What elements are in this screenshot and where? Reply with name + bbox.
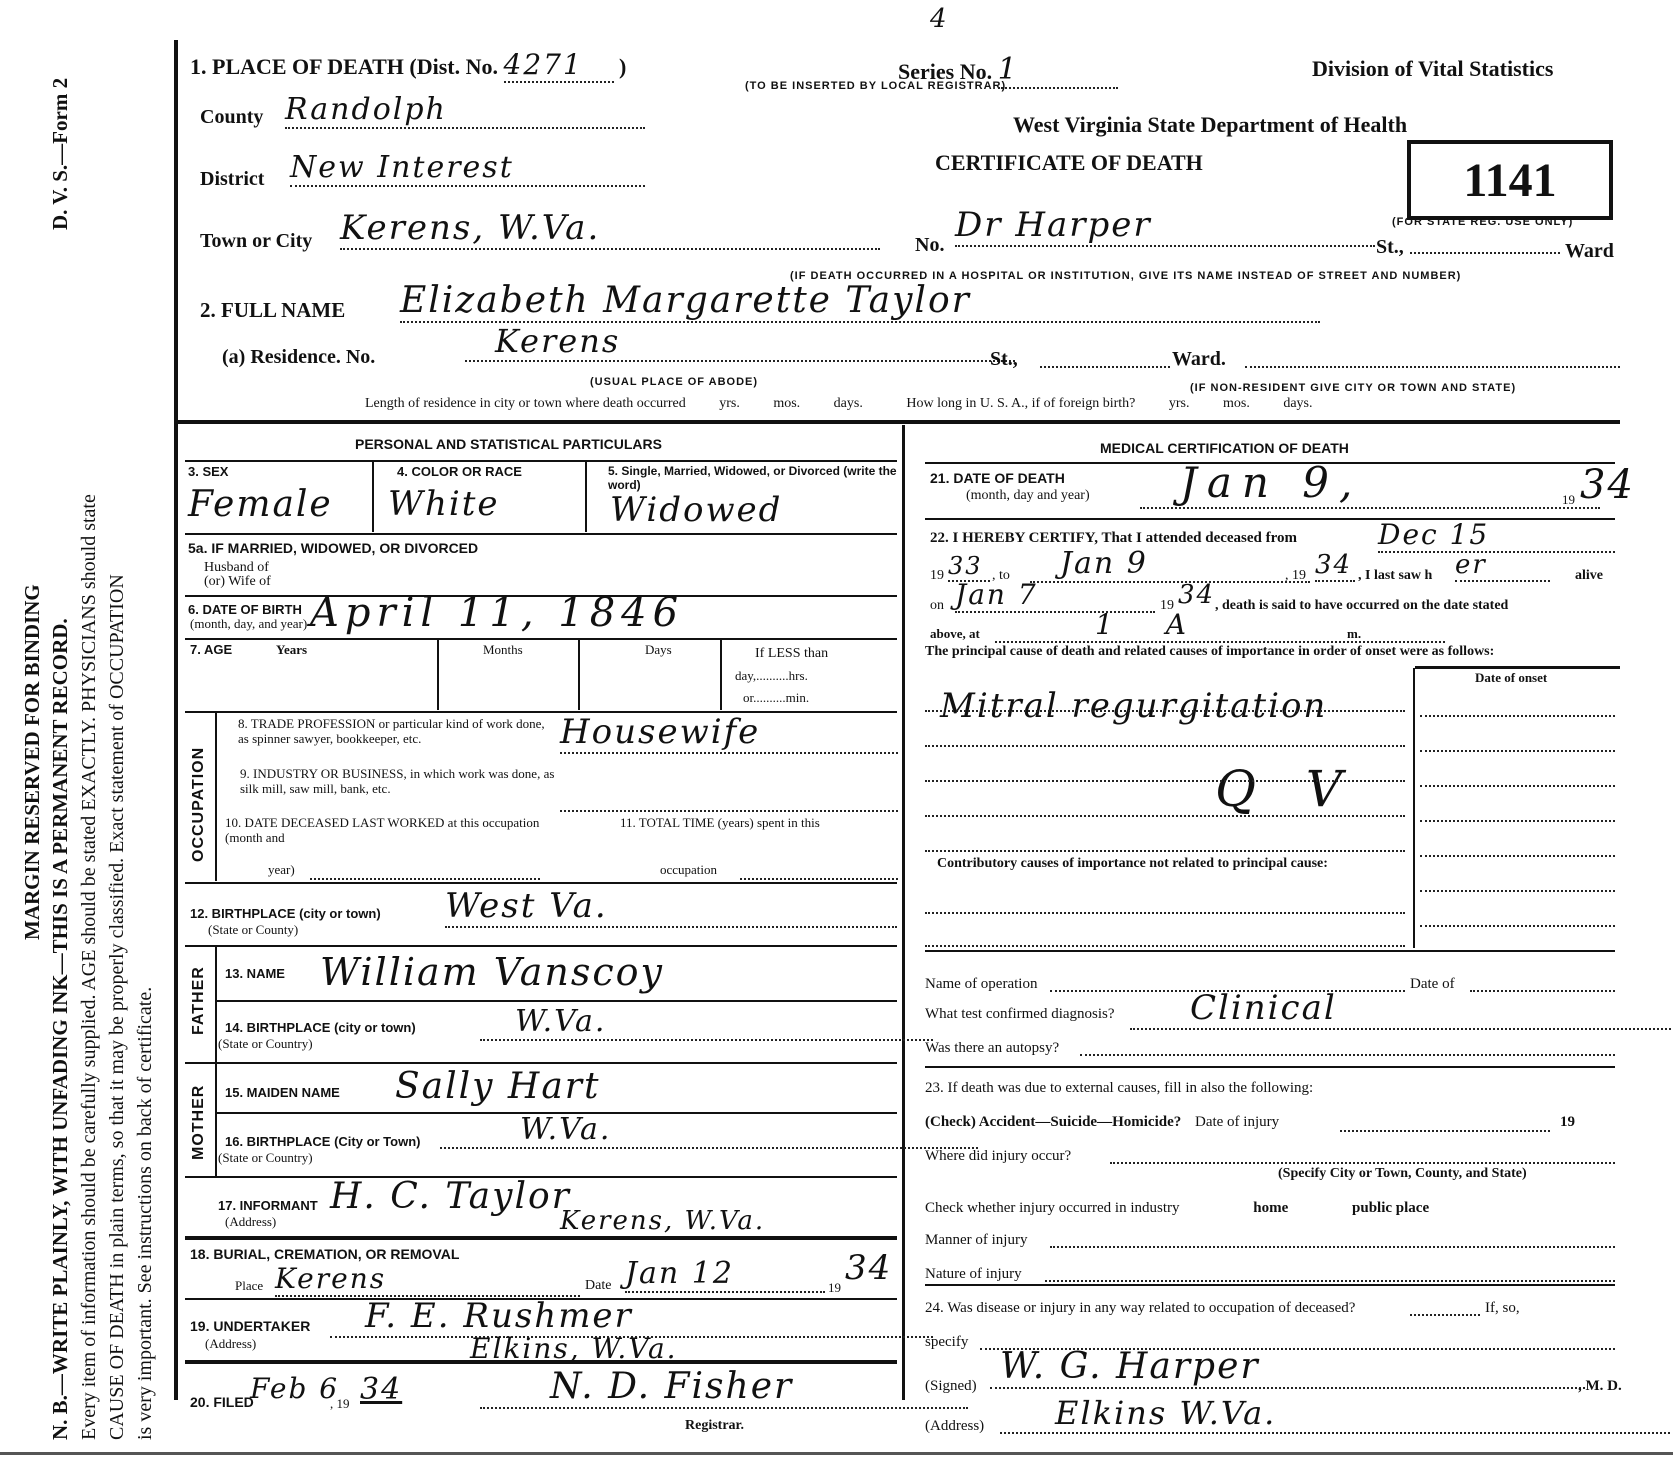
dod-value: Jan 9, (1140, 458, 1600, 509)
father-bp-sub: (State or Country) (218, 1036, 313, 1052)
margin-write-plainly: N. B.—WRITE PLAINLY, WITH UNFADING INK—T… (48, 618, 73, 1440)
residence-label: (a) Residence. No. (222, 346, 375, 369)
row-line (185, 1236, 897, 1240)
informant-value: H. C. Taylor (330, 1176, 571, 1217)
district-value: New Interest (290, 150, 645, 187)
margin-instructions-2: CAUSE OF DEATH in plain terms, so that i… (106, 574, 129, 1440)
ward-field (1410, 252, 1560, 254)
abode-note: (USUAL PLACE OF ABODE) (590, 376, 758, 388)
filed-year: 34 (360, 1372, 402, 1407)
alive-label: alive (1575, 568, 1603, 584)
length-residence-row: Length of residence in city or town wher… (365, 396, 1625, 412)
state-use-note: (FOR STATE REG. USE ONLY) (1392, 216, 1573, 228)
check-label: (Check) Accident—Suicide—Homicide? Date … (925, 1114, 1279, 1131)
test-label: What test confirmed diagnosis? (925, 1006, 1115, 1023)
industry-field (560, 810, 898, 812)
row-line (925, 1284, 1615, 1286)
county-value: Randolph (285, 92, 645, 129)
industry-label: 9. INDUSTRY OR BUSINESS, in which work w… (240, 766, 560, 796)
department-title: West Virginia State Department of Health (1013, 112, 1407, 138)
registrar-label: Registrar. (685, 1418, 744, 1434)
ward-label: Ward (1565, 240, 1614, 263)
years-label: Years (276, 642, 307, 658)
medical-section-title: MEDICAL CERTIFICATION OF DEATH (1100, 440, 1349, 456)
dob-value: April 11, 1846 (310, 590, 684, 636)
contributory-label: Contributory causes of importance not re… (925, 856, 1345, 872)
last-worked-field (310, 878, 540, 880)
burial-year: 34 (845, 1248, 892, 1288)
signed-label: (Signed) (925, 1378, 977, 1395)
col-line (720, 640, 722, 710)
division-title: Division of Vital Statistics (1312, 56, 1553, 82)
center-divider (902, 425, 905, 1400)
mother-bp-value: W.Va. (440, 1112, 978, 1149)
cause-line (925, 710, 1405, 712)
mother-bp-sub: (State or Country) (218, 1150, 313, 1166)
manner-field (1050, 1246, 1615, 1248)
cause-line (925, 745, 1405, 747)
time-of-death: 1 A (995, 608, 1445, 643)
specify-label: specify (925, 1334, 968, 1351)
to-year-prefix: , 19 (1285, 568, 1306, 584)
row-line (185, 1062, 897, 1064)
mother-name-value: Sally Hart (395, 1066, 600, 1107)
residence-ward-field (1040, 366, 1170, 368)
residence-ward-label: Ward. (1172, 348, 1226, 371)
or-min: or..........min. (743, 690, 809, 706)
birthplace-value: West Va. (445, 886, 897, 928)
dob-sub: (month, day, and year) (190, 616, 307, 632)
father-bracket (215, 947, 217, 1062)
occupation-bracket (215, 713, 217, 881)
row-line (215, 1000, 897, 1002)
onset-line (1420, 750, 1615, 752)
col-line (578, 640, 580, 710)
bottom-border (0, 1452, 1673, 1455)
cause-line (925, 780, 1405, 782)
col-line (372, 462, 374, 532)
dob-label: 6. DATE OF BIRTH (188, 602, 302, 617)
if-less-label: If LESS than (755, 646, 828, 662)
sex-value: Female (188, 484, 333, 525)
age-label: 7. AGE (190, 642, 232, 657)
sex-label: 3. SEX (188, 464, 228, 479)
onset-line (1420, 715, 1615, 717)
months-label: Months (483, 642, 523, 658)
nature-label: Nature of injury (925, 1266, 1022, 1283)
burial-place-value: Kerens (275, 1262, 580, 1297)
contrib-line (925, 945, 1405, 947)
district-label: District (200, 168, 264, 191)
street-label: St., (1376, 236, 1404, 259)
last-worked-year: year) (268, 862, 295, 878)
series-no-value: 1 (998, 52, 1118, 89)
md-label: , M. D. (1578, 1378, 1622, 1395)
if-so-label: If, so, (1485, 1300, 1520, 1317)
physician-address-label: (Address) (925, 1418, 984, 1435)
dod-year: 34 (1580, 462, 1635, 508)
town-value: Kerens, W.Va. (340, 208, 880, 250)
total-time-occupation: occupation (660, 862, 717, 878)
on-label: on (930, 598, 944, 614)
section-divider (178, 420, 1620, 424)
injury-year-prefix: 19 (1560, 1114, 1575, 1131)
total-time-field (740, 878, 898, 880)
last-saw-label: , I last saw h (1358, 568, 1432, 584)
birthplace-label: 12. BIRTHPLACE (city or town) (190, 906, 381, 921)
burial-date-value: Jan 12 (625, 1256, 825, 1293)
onset-line (1420, 890, 1615, 892)
mother-name-label: 15. MAIDEN NAME (225, 1085, 340, 1100)
left-border (174, 40, 178, 1400)
from-year-prefix: 19 (930, 568, 944, 584)
county-label: County (200, 106, 263, 129)
principal-cause-label: The principal cause of death and related… (925, 644, 1620, 660)
full-name-value: Elizabeth Margarette Taylor (400, 280, 1320, 323)
row-line (925, 1066, 1615, 1068)
physician-signature: W. G. Harper (990, 1346, 1585, 1389)
dist-no-value: 4271 (504, 48, 614, 83)
onset-line (1420, 785, 1615, 787)
margin-form-number: D. V. S.—Form 2 (48, 78, 73, 230)
on-year: 34 (1178, 580, 1215, 610)
spouse-label: 5a. IF MARRIED, WIDOWED, OR DIVORCED (188, 540, 478, 556)
full-name-label: 2. FULL NAME (200, 298, 345, 323)
total-time-label: 11. TOTAL TIME (years) spent in this (620, 815, 820, 830)
onset-line (1420, 855, 1615, 857)
cause-extra-mark: Q V (1215, 760, 1344, 818)
residence-value: Kerens (465, 322, 1015, 362)
dod-sub: (month, day and year) (966, 488, 1090, 504)
onset-top-line (1415, 666, 1620, 669)
m-label: m. (1347, 626, 1361, 642)
informant-address: Kerens, W.Va. (560, 1206, 765, 1236)
last-worked-label: 10. DATE DECEASED LAST WORKED at this oc… (225, 815, 545, 845)
col-line (585, 462, 587, 532)
cause-line (925, 850, 1405, 852)
burial-date-label: Date (585, 1278, 611, 1294)
onset-line (1420, 820, 1615, 822)
burial-place-label: Place (235, 1278, 263, 1294)
trade-label: 8. TRADE PROFESSION or particular kind o… (238, 716, 558, 746)
row-line (185, 460, 897, 462)
margin-instructions-1: Every item of information should be care… (78, 494, 101, 1440)
autopsy-label: Was there an autopsy? (925, 1040, 1059, 1057)
personal-section-title: PERSONAL AND STATISTICAL PARTICULARS (355, 436, 662, 452)
occupation-side-label: OCCUPATION (190, 747, 208, 862)
row-line (185, 638, 897, 640)
mother-bracket (215, 1064, 217, 1176)
day-hrs: day,..........hrs. (735, 668, 808, 684)
specify-city-note: (Specify City or Town, County, and State… (1278, 1166, 1527, 1182)
burial-year-prefix: 19 (828, 1280, 841, 1296)
mother-bp-label: 16. BIRTHPLACE (City or Town) (225, 1134, 420, 1149)
days-label: Days (645, 642, 672, 658)
contrib-line (925, 912, 1405, 914)
father-name-value: William Vanscoy (320, 950, 664, 994)
dod-label: 21. DATE OF DEATH (930, 470, 1065, 486)
q24-label: 24. Was disease or injury in any way rel… (925, 1300, 1355, 1317)
series-label: Series No. 1 (898, 52, 1118, 89)
above-at-label: above, at (930, 626, 980, 642)
marital-value: Widowed (610, 490, 782, 530)
row-line (925, 950, 1615, 952)
marital-label: 5. Single, Married, Widowed, or Divorced… (608, 464, 898, 492)
town-label: Town or City (200, 230, 312, 253)
row-line (185, 1360, 897, 1364)
father-bp-label: 14. BIRTHPLACE (city or town) (225, 1020, 416, 1035)
cause-line (925, 815, 1405, 817)
to-year: 34 (1315, 550, 1355, 582)
filed-year-prefix: , 19 (330, 1396, 350, 1412)
onset-col-line (1413, 668, 1415, 948)
physician-address: Elkins W.Va. (1000, 1394, 1670, 1434)
injury-date-field (1340, 1130, 1550, 1132)
last-saw-value: er (1455, 550, 1550, 582)
page-mark: 4 (930, 4, 949, 34)
nonresident-note: (IF NON-RESIDENT GIVE CITY OR TOWN AND S… (1190, 382, 1516, 394)
place-of-death-label: 1. PLACE OF DEATH (Dist. No. 4271 ) (190, 48, 626, 83)
street-no-label: No. (915, 234, 944, 257)
row-line (185, 945, 897, 947)
date-of-onset-label: Date of onset (1475, 670, 1547, 686)
informant-sub: (Address) (225, 1214, 276, 1230)
where-injury-label: Where did injury occur? (925, 1148, 1071, 1165)
certificate-title: CERTIFICATE OF DEATH (935, 150, 1203, 176)
registrar-signature: N. D. Fisher (480, 1366, 968, 1409)
race-label: 4. COLOR OR RACE (397, 464, 522, 479)
principal-cause-value: Mitral regurgitation (940, 686, 1327, 726)
row-line (185, 882, 897, 884)
row-line (185, 533, 897, 535)
undertaker-label: 19. UNDERTAKER (190, 1318, 310, 1334)
father-name-label: 13. NAME (225, 966, 285, 981)
street-no-value: Dr Harper (955, 205, 1375, 247)
manner-label: Manner of injury (925, 1232, 1027, 1249)
father-bp-value: W.Va. (480, 1004, 933, 1041)
father-side-label: FATHER (190, 966, 208, 1035)
wife-label: (or) Wife of (204, 574, 271, 590)
state-reg-number: 1141 (1407, 140, 1613, 220)
nature-field (1045, 1280, 1615, 1282)
q24-field (1410, 1314, 1480, 1316)
margin-reserved-text: MARGIN RESERVED FOR BINDING (20, 584, 45, 940)
filed-label: 20. FILED (190, 1394, 254, 1410)
operation-label: Name of operation (925, 976, 1037, 993)
check-where-row: Check whether injury occurred in industr… (925, 1200, 1429, 1217)
residence-city-field (1245, 366, 1620, 368)
undertaker-sub: (Address) (205, 1336, 256, 1352)
test-value: Clinical (1130, 988, 1673, 1030)
informant-label: 17. INFORMANT (218, 1198, 318, 1213)
dod-year-prefix: 19 (1562, 492, 1575, 508)
burial-label: 18. BURIAL, CREMATION, OR REMOVAL (190, 1246, 459, 1262)
where-injury-field (1110, 1162, 1615, 1164)
birthplace-sub: (State or County) (208, 922, 298, 938)
trade-value: Housewife (560, 712, 898, 754)
attended-from-value: Dec 15 (1378, 518, 1615, 553)
mother-side-label: MOTHER (190, 1085, 208, 1160)
onset-line (1420, 925, 1615, 927)
external-causes-label: 23. If death was due to external causes,… (925, 1080, 1313, 1097)
col-line (437, 640, 439, 710)
filed-value: Feb 6 (250, 1372, 339, 1405)
residence-st-label: St., (990, 348, 1018, 371)
margin-instructions-3: is very important. See instructions on b… (134, 987, 157, 1440)
autopsy-field (1080, 1054, 1615, 1056)
certify-row: 22. I HEREBY CERTIFY, That I attended de… (930, 530, 1297, 547)
race-value: White (388, 484, 500, 524)
